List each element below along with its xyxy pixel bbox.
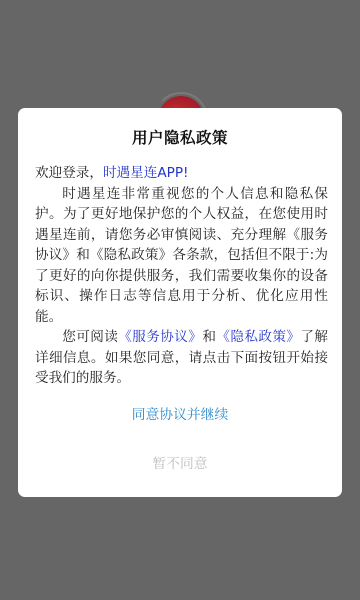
greeting-prefix: 欢迎登录，	[35, 165, 103, 181]
dialog-content: 欢迎登录，时遇星连APP! 时遇星连非常重视您的个人信息和隐私保护。为了更好地保…	[35, 163, 328, 389]
service-agreement-link[interactable]: 《服务协议》	[118, 329, 202, 345]
paragraph-links-and: 和	[202, 329, 216, 345]
privacy-policy-dialog: 用户隐私政策 欢迎登录，时遇星连APP! 时遇星连非常重视您的个人信息和隐私保护…	[18, 108, 342, 497]
disagree-button[interactable]: 暂不同意	[18, 452, 342, 476]
privacy-policy-link[interactable]: 《隐私政策》	[216, 329, 300, 345]
paragraph-links: 您可阅读《服务协议》和《隐私政策》了解详细信息。如果您同意，请点击下面按钮开始接…	[35, 327, 328, 389]
app-name: 时遇星连APP!	[103, 165, 189, 181]
paragraph-intro: 时遇星连非常重视您的个人信息和隐私保护。为了更好地保护您的个人权益，在您使用时遇…	[35, 184, 328, 328]
dialog-title: 用户隐私政策	[18, 126, 342, 148]
agree-continue-button[interactable]: 同意协议并继续	[18, 403, 342, 427]
paragraph-links-prefix: 您可阅读	[62, 329, 118, 345]
greeting-line: 欢迎登录，时遇星连APP!	[35, 163, 328, 184]
